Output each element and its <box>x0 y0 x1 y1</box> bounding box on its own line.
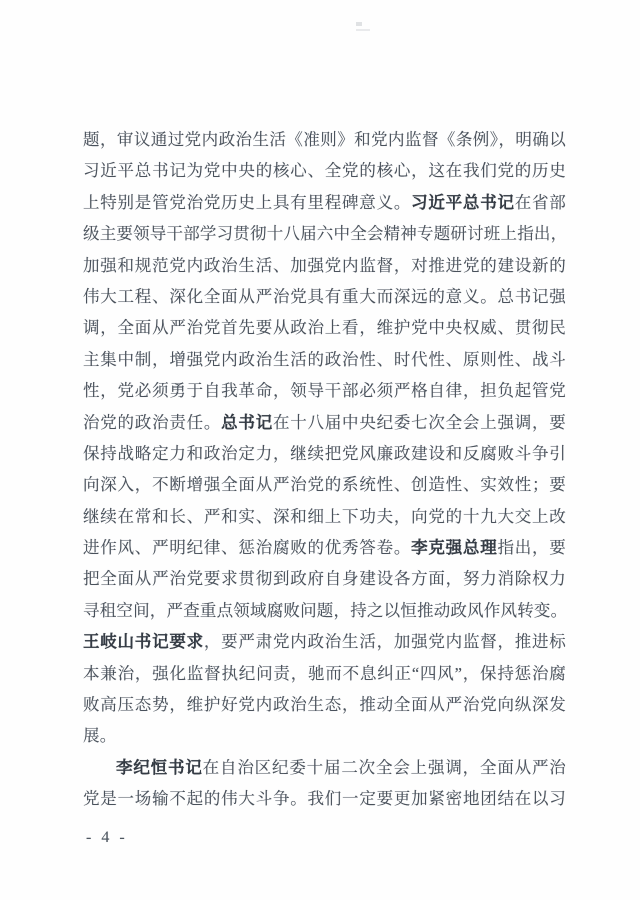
body-text: 败高压态势，维护好党内政治生态，推动全面从严治党向纵深发 <box>83 695 566 714</box>
text-block: 题，审议通过党内政治生活《准则》和党内监督《条例》，明确以习近平总书记为党中央的… <box>83 124 566 815</box>
emphasis-text: 总书记 <box>221 413 273 432</box>
body-text: 性，党必须勇于自我革命，领导干部必须严格自律，担负起管党 <box>83 381 566 400</box>
text-line: 本兼治，强化监督执纪问责，驰而不息纠正“四风”，保持惩治腐 <box>83 658 566 689</box>
body-text: 在自治区纪委十届二次全会上强调，全面从严治 <box>203 758 566 777</box>
text-line: 展。 <box>83 720 566 751</box>
text-line: 败高压态势，维护好党内政治生态，推动全面从严治党向纵深发 <box>83 689 566 720</box>
body-text: 寻租空间，严查重点领域腐败问题，持之以恒推动政风作风转变。 <box>83 601 567 620</box>
body-text: 本兼治，强化监督执纪问责，驰而不息纠正“四风”，保持惩治腐 <box>83 664 566 683</box>
text-line: 伟大工程、深化全面从严治党具有重大而深远的意义。总书记强 <box>83 281 566 312</box>
text-line: 习近平总书记为党中央的核心、全党的核心，这在我们党的历史 <box>83 155 566 186</box>
body-text: 级主要领导干部学习贯彻十八届六中全会精神专题研讨班上指出， <box>83 224 567 243</box>
body-text: 治党的政治责任。 <box>83 413 221 432</box>
text-line: 党是一场输不起的伟大斗争。我们一定要更加紧密地团结在以习 <box>83 783 566 814</box>
text-line: 治党的政治责任。总书记在十八届中央纪委七次全会上强调，要 <box>83 407 566 438</box>
text-line: 性，党必须勇于自我革命，领导干部必须严格自律，担负起管党 <box>83 375 566 406</box>
text-line: 题，审议通过党内政治生活《准则》和党内监督《条例》，明确以 <box>83 124 566 155</box>
body-text: 在十八届中央纪委七次全会上强调，要 <box>273 413 566 432</box>
text-line: 李纪恒书记在自治区纪委十届二次全会上强调，全面从严治 <box>83 752 566 783</box>
text-line: 向深入，不断增强全面从严治党的系统性、创造性、实效性；要 <box>83 469 566 500</box>
body-text: 向深入，不断增强全面从严治党的系统性、创造性、实效性；要 <box>83 475 566 494</box>
body-text: 保持战略定力和政治定力，继续把党风廉政建设和反腐败斗争引 <box>83 444 566 463</box>
body-text: 把全面从严治党要求贯彻到政府自身建设各方面，努力消除权力 <box>83 569 566 588</box>
text-line: 级主要领导干部学习贯彻十八届六中全会精神专题研讨班上指出， <box>83 218 566 249</box>
text-line: 加强和规范党内政治生活、加强党内监督，对推进党的建设新的 <box>83 250 566 281</box>
body-text: 上特别是管党治党历史上具有里程碑意义。 <box>83 193 411 212</box>
body-text: 继续在常和长、严和实、深和细上下功夫，向党的十九大交上改 <box>83 507 566 526</box>
text-line: 保持战略定力和政治定力，继续把党风廉政建设和反腐败斗争引 <box>83 438 566 469</box>
body-text: 主集中制，增强党内政治生活的政治性、时代性、原则性、战斗 <box>83 350 566 369</box>
body-text: ，要严肃党内政治生活，加强党内监督，推进标 <box>204 632 566 651</box>
emphasis-text: 李纪恒书记 <box>116 758 203 777</box>
text-line: 主集中制，增强党内政治生活的政治性、时代性、原则性、战斗 <box>83 344 566 375</box>
body-text: 加强和规范党内政治生活、加强党内监督，对推进党的建设新的 <box>83 256 566 275</box>
text-line: 进作风、严明纪律、惩治腐败的优秀答卷。李克强总理指出，要 <box>83 532 566 563</box>
emphasis-text: 李克强总理 <box>411 538 497 557</box>
emphasis-text: 习近平总书记 <box>411 193 515 212</box>
text-line: 把全面从严治党要求贯彻到政府自身建设各方面，努力消除权力 <box>83 563 566 594</box>
text-line: 上特别是管党治党历史上具有里程碑意义。习近平总书记在省部 <box>83 187 566 218</box>
body-text: 伟大工程、深化全面从严治党具有重大而深远的意义。总书记强 <box>83 287 566 306</box>
scan-artifact-mark <box>356 22 372 33</box>
body-text: 在省部 <box>515 193 566 212</box>
body-text: 调，全面从严治党首先要从政治上看，维护党中央权威、贯彻民 <box>83 318 566 337</box>
emphasis-text: 王岐山书记要求 <box>83 632 204 651</box>
body-text: 习近平总书记为党中央的核心、全党的核心，这在我们党的历史 <box>83 161 566 180</box>
text-line: 寻租空间，严查重点领域腐败问题，持之以恒推动政风作风转变。 <box>83 595 566 626</box>
text-line: 调，全面从严治党首先要从政治上看，维护党中央权威、贯彻民 <box>83 312 566 343</box>
text-line: 王岐山书记要求，要严肃党内政治生活，加强党内监督，推进标 <box>83 626 566 657</box>
scanned-document-page: 题，审议通过党内政治生活《准则》和党内监督《条例》，明确以习近平总书记为党中央的… <box>0 0 640 900</box>
text-line: 继续在常和长、严和实、深和细上下功夫，向党的十九大交上改 <box>83 501 566 532</box>
body-text: 进作风、严明纪律、惩治腐败的优秀答卷。 <box>83 538 411 557</box>
body-text: 展。 <box>83 726 116 745</box>
page-number: - 4 - <box>86 827 128 849</box>
body-text: 题，审议通过党内政治生活《准则》和党内监督《条例》，明确以 <box>83 130 566 149</box>
body-text: 党是一场输不起的伟大斗争。我们一定要更加紧密地团结在以习 <box>83 789 566 808</box>
body-text: 指出，要 <box>497 538 566 557</box>
